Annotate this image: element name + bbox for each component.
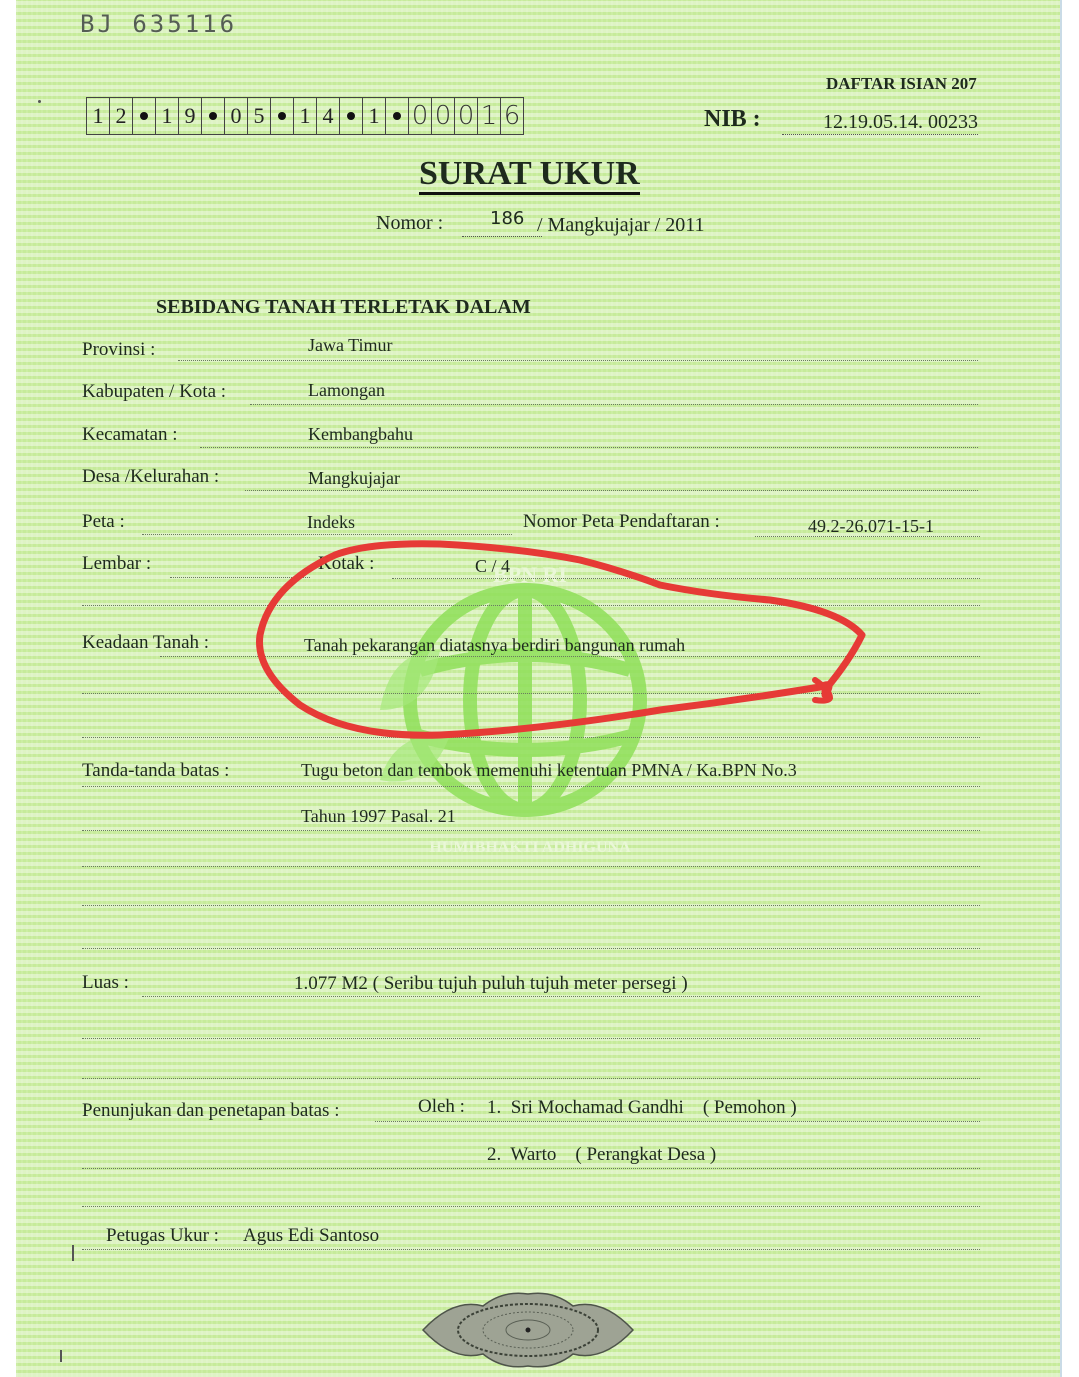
nomor-peta-label: Nomor Peta Pendaftaran : [523,511,720,533]
peta-label: Peta : [82,511,125,533]
lembar-label: Lembar : [82,553,151,575]
nomor-underline [462,236,542,237]
kecamatan-value: Kembangbahu [308,424,413,445]
keadaan-line-1 [160,656,980,657]
code-separator-dot [133,98,156,134]
tanda-batas-line-3 [82,866,980,867]
certificate-paper [16,0,1062,1377]
tanda-batas-label: Tanda-tanda batas : [82,760,229,782]
code-digit: 1 [156,98,179,134]
code-separator-dot [386,98,409,134]
kabupaten-value: Lamongan [308,380,385,401]
code-digit: 0 [455,98,478,134]
petugas-line [82,1249,980,1250]
nomor-peta-line [755,536,980,537]
luas-value: 1.077 M2 ( Seribu tujuh puluh tujuh mete… [294,973,688,995]
code-digit: 0 [409,98,432,134]
tanda-batas-line-1 [82,786,980,787]
provinsi-label: Provinsi : [82,339,155,361]
person-1-role: ( Pemohon ) [703,1097,797,1118]
section-heading: SEBIDANG TANAH TERLETAK DALAM [156,296,531,319]
code-digit: 1 [363,98,386,134]
kabupaten-label: Kabupaten / Kota : [82,381,226,403]
code-separator-dot [271,98,294,134]
nomor-suffix: / Mangkujajar / 2011 [537,214,705,237]
luas-line [142,996,980,997]
code-digit: 0 [225,98,248,134]
tanda-batas-value-1: Tugu beton dan tembok memenuhi ketentuan… [301,760,797,781]
lembar-line [170,577,310,578]
penunjukan-line-1 [375,1121,980,1122]
luas-line-2 [82,1038,980,1039]
peta-value: Indeks [307,512,355,533]
provinsi-value: Jawa Timur [308,335,393,356]
desa-value: Mangkujajar [308,468,400,489]
person-2-name: Warto [510,1144,556,1165]
nomor-number: 186 [490,208,524,229]
person-2-num: 2. [487,1144,501,1165]
code-digit: 6 [501,98,524,134]
peta-line [142,534,512,535]
code-separator-dot [340,98,363,134]
penunjukan-label: Penunjukan dan penetapan batas : [82,1100,339,1122]
petugas-label: Petugas Ukur : [106,1225,219,1247]
kotak-line [392,578,980,579]
person-2: 2. Warto ( Perangkat Desa ) [487,1144,716,1166]
guilloche-security-rosette [413,1288,643,1372]
blank-line [82,605,980,606]
person-1-num: 1. [487,1097,501,1118]
penunjukan-line-2 [82,1168,980,1169]
kecamatan-label: Kecamatan : [82,424,177,446]
keadaan-tanah-label: Keadaan Tanah : [82,632,209,654]
kecamatan-line [200,447,978,448]
code-digit: 9 [179,98,202,134]
tanda-batas-line-4 [82,905,980,906]
oleh-label: Oleh : [418,1096,465,1118]
serial-number: BJ 635116 [80,10,237,38]
desa-line [245,490,978,491]
petugas-value: Agus Edi Santoso [243,1225,379,1247]
nomor-label: Nomor : [376,212,443,235]
nomor-peta-value: 49.2-26.071-15-1 [808,516,934,537]
nib-value: 12.19.05.14. 00233 [782,111,978,135]
kotak-label: Kotak : [318,553,374,575]
pen-mark [60,1350,62,1362]
code-digit: 4 [317,98,340,134]
desa-label: Desa /Kelurahan : [82,466,219,488]
keadaan-tanah-value: Tanah pekarangan diatasnya berdiri bangu… [304,635,685,656]
kabupaten-line [250,404,978,405]
speck-mark [38,100,41,103]
pen-mark [72,1245,74,1261]
code-digit: 5 [248,98,271,134]
code-digit: 1 [478,98,501,134]
code-separator-dot [202,98,225,134]
form-code: DAFTAR ISIAN 207 [826,74,977,94]
person-2-role: ( Perangkat Desa ) [575,1144,716,1165]
luas-label: Luas : [82,972,129,994]
keadaan-line-3 [82,737,980,738]
code-digit: 2 [110,98,133,134]
document-title: SURAT UKUR [419,156,640,195]
keadaan-line-2 [82,693,980,694]
person-1-name: Sri Mochamad Gandhi [511,1097,684,1118]
luas-line-3 [82,1078,980,1079]
nib-label: NIB : [704,106,761,133]
tanda-batas-line-2 [82,830,980,831]
code-digit: 0 [432,98,455,134]
provinsi-line [178,360,978,361]
tanda-batas-value-2: Tahun 1997 Pasal. 21 [301,806,456,827]
tanda-batas-line-5 [82,948,980,949]
kotak-value: C / 4 [475,556,510,577]
person-1: 1. Sri Mochamad Gandhi ( Pemohon ) [487,1097,797,1119]
penunjukan-line-3 [82,1206,980,1207]
code-digit: 1 [294,98,317,134]
parcel-code-boxes: 12190514100016 [86,97,524,135]
code-digit: 1 [87,98,110,134]
